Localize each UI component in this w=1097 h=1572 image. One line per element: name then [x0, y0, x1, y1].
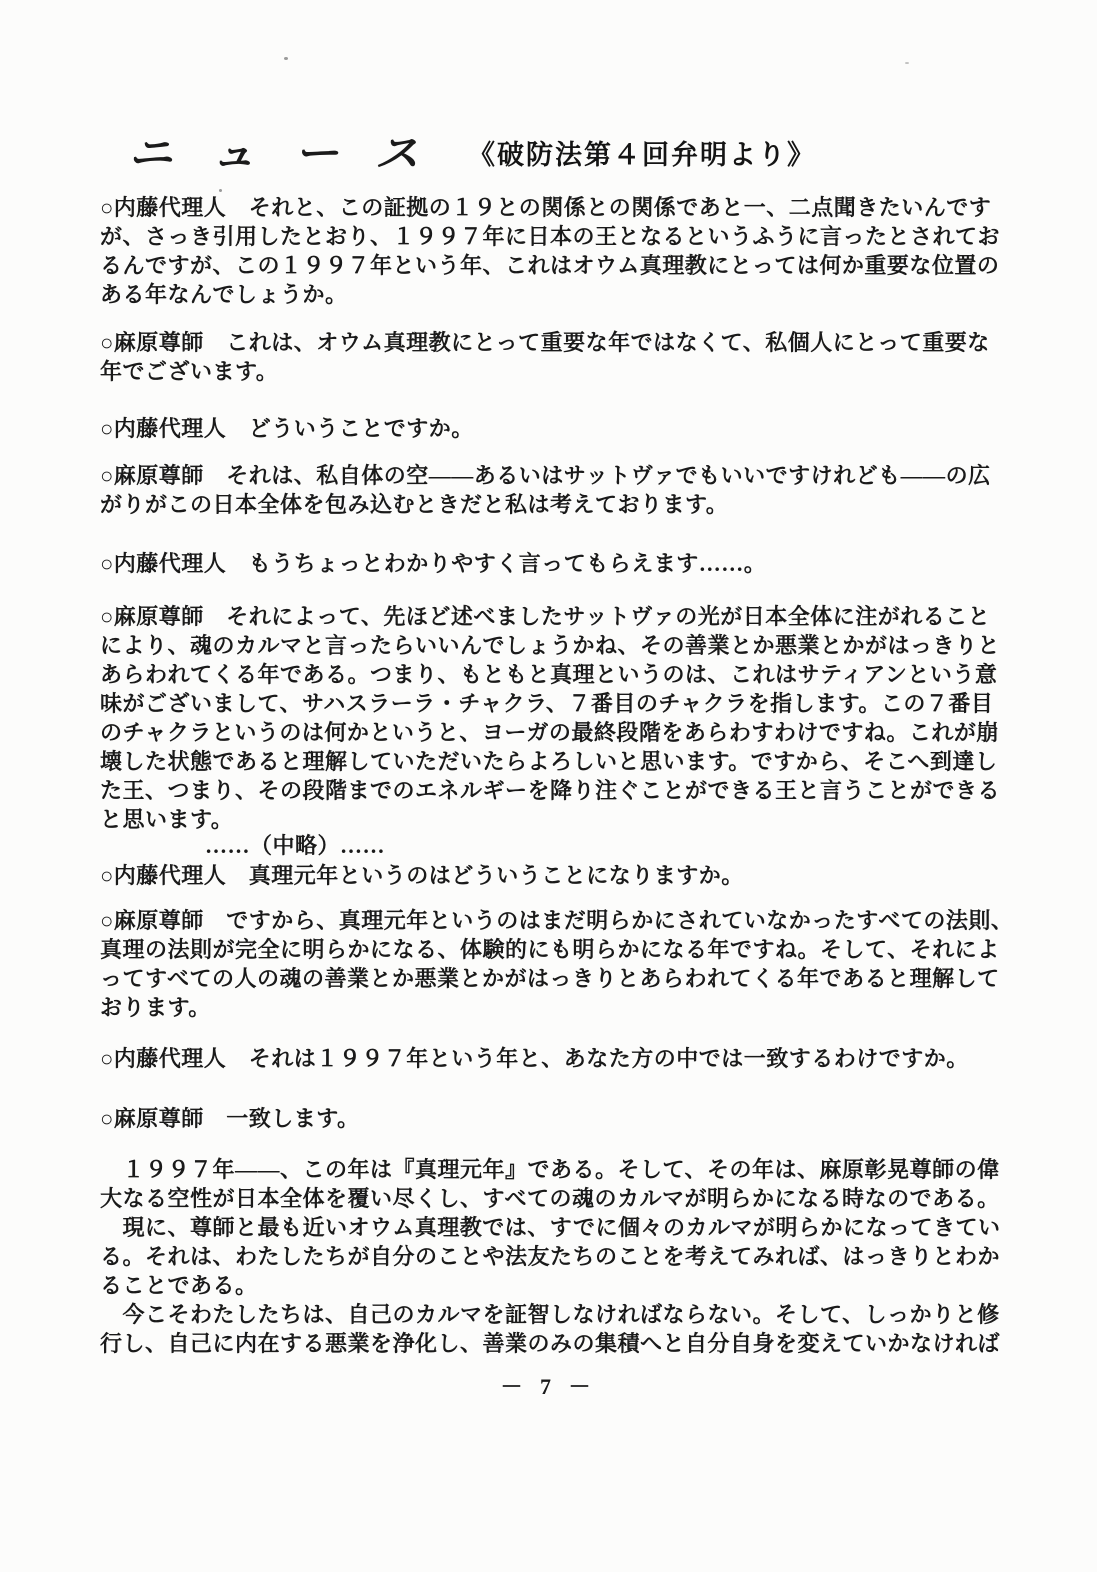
- text-line: る。それは、わたしたちが自分のことや法友たちのことを考えてみれば、はっきりとわか: [100, 1242, 1000, 1271]
- text-line: ○麻原尊師 それによって、先ほど述べましたサットヴァの光が日本全体に注がれること: [100, 602, 1000, 631]
- text-line: 行し、自己に内在する悪業を浄化し、善業のみの集積へと自分自身を変えていかなければ: [100, 1329, 1000, 1358]
- text-line: ○麻原尊師 一致します。: [100, 1104, 360, 1133]
- text-line: のチャクラというのは何かというと、ヨーガの最終段階をあらわすわけですね。これが崩: [100, 718, 1000, 747]
- text-line: ○麻原尊師 これは、オウム真理教にとって重要な年ではなくて、私個人にとって重要な: [100, 328, 990, 357]
- text-line: ○内藤代理人 それは１９９７年という年と、あなた方の中では一致するわけですか。: [100, 1044, 969, 1073]
- paragraph-asahara-answer-2: ○麻原尊師 それは、私自体の空――あるいはサットヴァでもいいですけれども――の広…: [100, 461, 991, 519]
- omission-marker: ……（中略）……: [205, 831, 385, 860]
- paragraph-asahara-answer-3: ○麻原尊師 それによって、先ほど述べましたサットヴァの光が日本全体に注がれること…: [100, 602, 1000, 834]
- text-line: ってすべての人の魂の善業とか悪業とかがはっきりとあらわれてくる年であると理解して: [100, 964, 1013, 993]
- paragraph-naito-question-3: ○内藤代理人 もうちょっとわかりやすく言ってもらえます……。: [100, 549, 766, 578]
- text-line: 今こそわたしたちは、自己のカルマを証智しなければならない。そして、しっかりと修: [100, 1300, 1000, 1329]
- paragraph-naito-question-5: ○内藤代理人 それは１９９７年という年と、あなた方の中では一致するわけですか。: [100, 1044, 969, 1073]
- text-line: ○麻原尊師 ですから、真理元年というのはまだ明らかにされていなかったすべての法則…: [100, 906, 1013, 935]
- text-line: ○内藤代理人 どういうことですか。: [100, 414, 474, 443]
- closing-narrative: １９９７年――、この年は『真理元年』である。そして、その年は、麻原彰晃尊師の偉 …: [100, 1155, 1000, 1358]
- text-line: １９９７年――、この年は『真理元年』である。そして、その年は、麻原彰晃尊師の偉: [100, 1155, 1000, 1184]
- text-line: ○麻原尊師 それは、私自体の空――あるいはサットヴァでもいいですけれども――の広: [100, 461, 991, 490]
- document-header: ニュース《破防法第４回弁明より》: [128, 122, 816, 179]
- text-line: 味がございまして、サハスラーラ・チャクラ、７番目のチャクラを指します。この７番目: [100, 689, 1000, 718]
- text-line: が、さっき引用したとおり、１９９７年に日本の王となるというふうに言ったとされてお: [100, 222, 1000, 251]
- text-line: ることである。: [100, 1271, 1000, 1300]
- paragraph-asahara-answer-4: ○麻原尊師 ですから、真理元年というのはまだ明らかにされていなかったすべての法則…: [100, 906, 1013, 1022]
- text-line: 現に、尊師と最も近いオウム真理教では、すでに個々のカルマが明らかになってきてい: [100, 1213, 1000, 1242]
- text-line: 壊した状態であると理解していただいたらよろしいと思います。ですから、そこへ到達し: [100, 747, 1000, 776]
- text-line: により、魂のカルマと言ったらいいんでしょうかね、その善業とか悪業とかがはっきりと: [100, 631, 1000, 660]
- source-label: 《破防法第４回弁明より》: [468, 133, 816, 172]
- scan-speck: [657, 345, 660, 347]
- text-line: ○内藤代理人 真理元年というのはどういうことになりますか。: [100, 861, 744, 890]
- scanned-document-page: ニュース《破防法第４回弁明より》 ○内藤代理人 それと、この証拠の１９との関係と…: [0, 0, 1097, 1572]
- text-line: 年でございます。: [100, 357, 990, 386]
- text-line: と思います。: [100, 805, 1000, 834]
- text-line: ……（中略）……: [205, 831, 385, 860]
- text-line: あらわれてくる年である。つまり、もともと真理というのは、これはサティアンという意: [100, 660, 1000, 689]
- text-line: ○内藤代理人 それと、この証拠の１９との関係との関係であと一、二点聞きたいんです: [100, 193, 1000, 222]
- paragraph-naito-question-2: ○内藤代理人 どういうことですか。: [100, 414, 474, 443]
- text-line: た王、つまり、その段階までのエネルギーを降り注ぐことができる王と言うことができる: [100, 776, 1000, 805]
- text-line: おります。: [100, 993, 1013, 1022]
- text-line: ○内藤代理人 もうちょっとわかりやすく言ってもらえます……。: [100, 549, 766, 578]
- text-line: るんですが、この１９９７年という年、これはオウム真理教にとっては何か重要な位置の: [100, 251, 1000, 280]
- text-line: 真理の法則が完全に明らかになる、体験的にも明らかになる年ですね。そして、それによ: [100, 935, 1013, 964]
- paragraph-asahara-answer-5: ○麻原尊師 一致します。: [100, 1104, 360, 1133]
- scan-speck: [905, 62, 909, 64]
- script-title: ニュース: [128, 122, 457, 179]
- paragraph-naito-question-4: ○内藤代理人 真理元年というのはどういうことになりますか。: [100, 861, 744, 890]
- paragraph-naito-question-1: ○内藤代理人 それと、この証拠の１９との関係との関係であと一、二点聞きたいんです…: [100, 193, 1000, 309]
- text-line: がりがこの日本全体を包み込むときだと私は考えております。: [100, 490, 991, 519]
- page-number: － 7 －: [0, 1370, 1097, 1401]
- scan-speck: [284, 57, 288, 60]
- scan-speck: [219, 189, 222, 192]
- text-line: 大なる空性が日本全体を覆い尽くし、すべての魂のカルマが明らかになる時なのである。: [100, 1184, 1000, 1213]
- text-line: ある年なんでしょうか。: [100, 280, 1000, 309]
- paragraph-asahara-answer-1: ○麻原尊師 これは、オウム真理教にとって重要な年ではなくて、私個人にとって重要な…: [100, 328, 990, 386]
